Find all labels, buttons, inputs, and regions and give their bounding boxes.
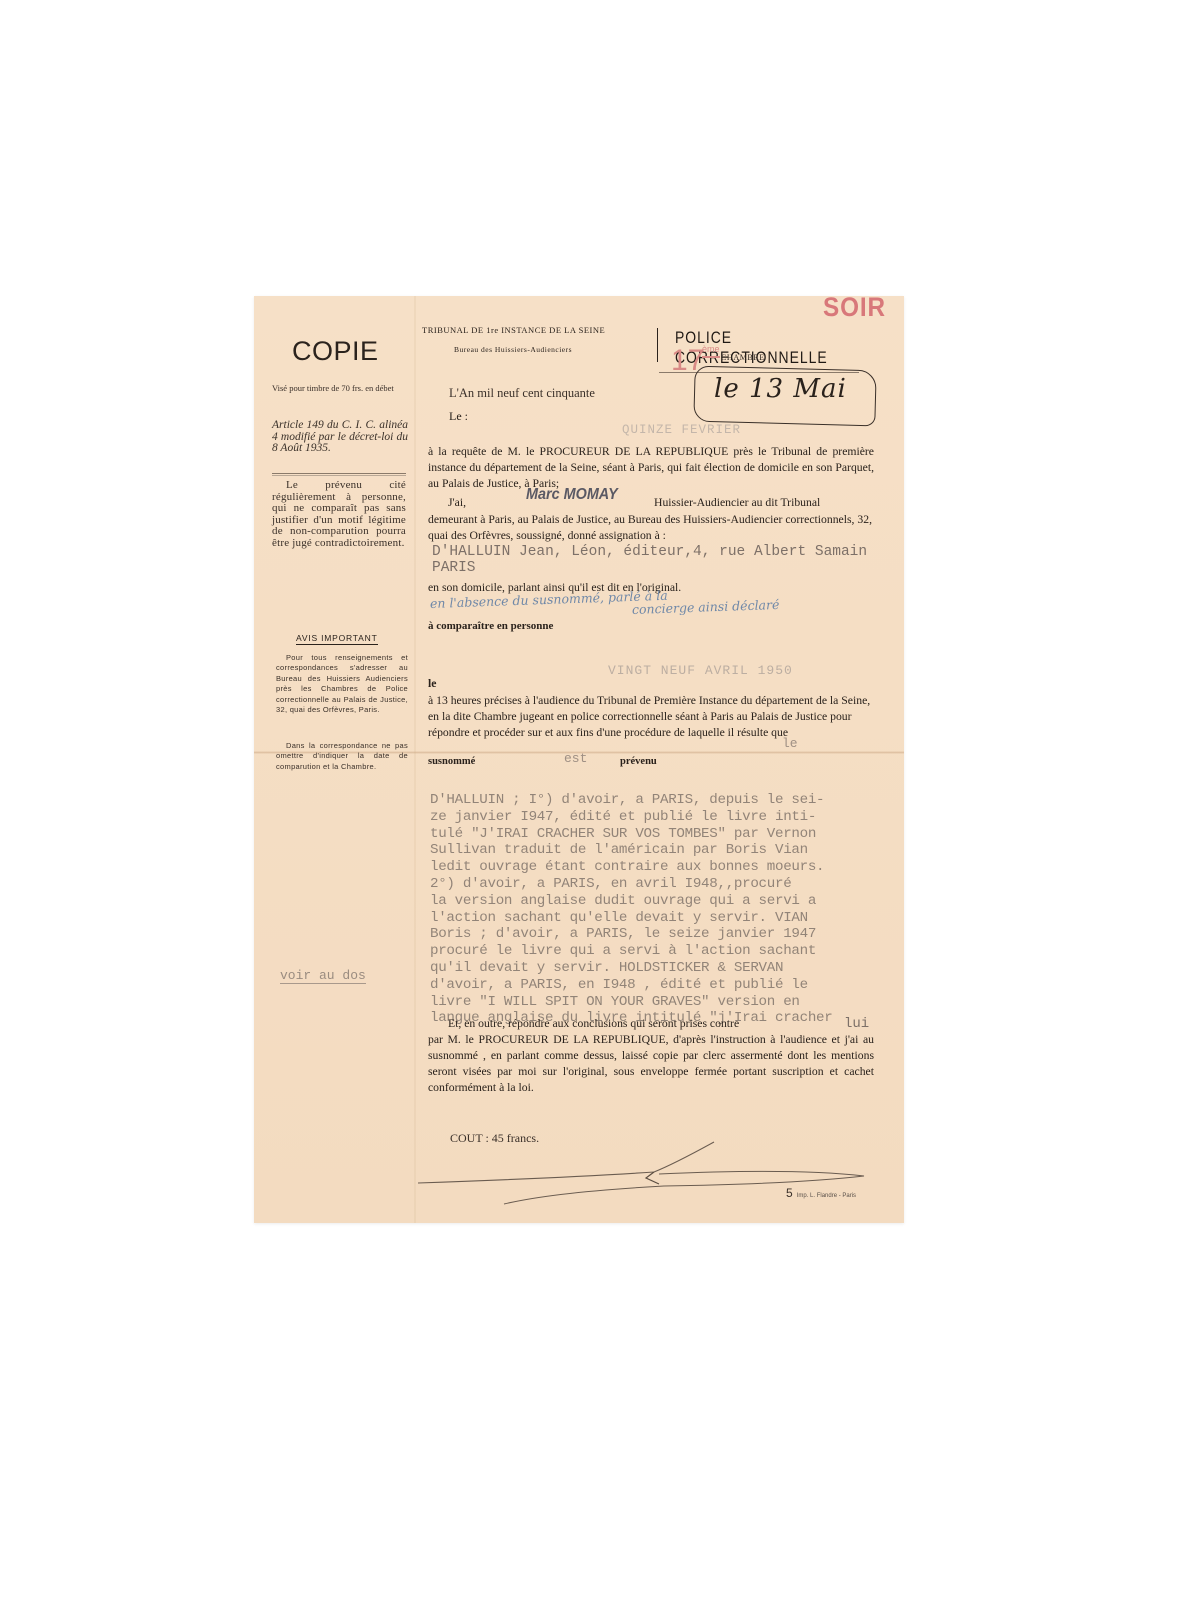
jai-label: J'ai,	[448, 496, 466, 509]
typed-est: est	[564, 751, 587, 766]
prevenu-note: Le prévenu cité régulièrement à personne…	[272, 480, 406, 550]
bureau-header: Bureau des Huissiers-Audienciers	[454, 345, 572, 354]
avis-text-2: Dans la correspondance ne pas omettre d'…	[276, 741, 408, 772]
typed-le: le	[782, 736, 798, 751]
le-label: Le :	[449, 409, 468, 424]
susnomme-label: susnommé	[428, 756, 475, 767]
chambre-suffix: ème	[702, 344, 720, 354]
le-label-2: le	[428, 677, 436, 690]
avis-title: AVIS IMPORTANT	[296, 633, 378, 645]
vertical-fold	[414, 296, 416, 1223]
header-separator	[657, 328, 658, 362]
typed-lui: lui	[844, 1016, 869, 1032]
demeurant-paragraph: demeurant à Paris, au Palais de Justice,…	[428, 512, 874, 544]
defendant-city-line: PARIS	[432, 560, 476, 576]
stamp-note: Visé pour timbre de 70 frs. en débet	[272, 378, 412, 398]
outre-line: Et, en outre, répondre aux conclusions q…	[428, 1017, 739, 1030]
printer-mark: 5Imp. L. Flandre - Paris	[786, 1186, 856, 1200]
huissier-title: Huissier-Audiencier au dit Tribunal	[654, 496, 820, 509]
typed-date: QUINZE FEVRIER	[622, 423, 741, 437]
soir-stamp: SOIR	[823, 292, 886, 323]
chambre-label: CHAMBRE	[721, 353, 765, 362]
tribunal-header: TRIBUNAL DE 1re INSTANCE DE LA SEINE	[422, 325, 605, 335]
year-line: L'An mil neuf cent cinquante	[449, 386, 595, 401]
outre-paragraph: Et, en outre, répondre aux conclusions q…	[428, 1016, 874, 1096]
article-note: Article 149 du C. I. C. alinéa 4 modifié…	[272, 420, 408, 455]
handwritten-date: le 13 Mai	[714, 374, 847, 404]
voir-au-dos: voir au dos	[280, 968, 366, 984]
summons-document: COPIE Visé pour timbre de 70 frs. en déb…	[254, 296, 904, 1223]
defendant-name-line: D'HALLUIN Jean, Léon, éditeur,4, rue Alb…	[432, 544, 867, 560]
charges-text: D'HALLUIN ; I°) d'avoir, a PARIS, depuis…	[430, 792, 890, 1027]
requete-paragraph: à la requête de M. le PROCUREUR DE LA RE…	[428, 444, 874, 492]
hearing-paragraph: à 13 heures précises à l'audience du Tri…	[428, 693, 874, 741]
divider	[272, 473, 406, 476]
comparaitre-label: à comparaître en personne	[428, 620, 553, 632]
avis-text: Pour tous renseignements et correspondan…	[276, 653, 408, 715]
huissier-name-stamp: Marc MOMAY	[526, 486, 618, 504]
chambre-dash	[702, 356, 720, 358]
outre-rest: par M. le PROCUREUR DE LA REPUBLIQUE, d'…	[428, 1033, 874, 1094]
prevenu-label: prévenu	[620, 756, 657, 767]
hearing-date: VINGT NEUF AVRIL 1950	[608, 663, 793, 678]
printer-name: Imp. L. Flandre - Paris	[797, 1193, 856, 1199]
copie-title: COPIE	[292, 336, 379, 367]
printer-number: 5	[786, 1186, 793, 1200]
